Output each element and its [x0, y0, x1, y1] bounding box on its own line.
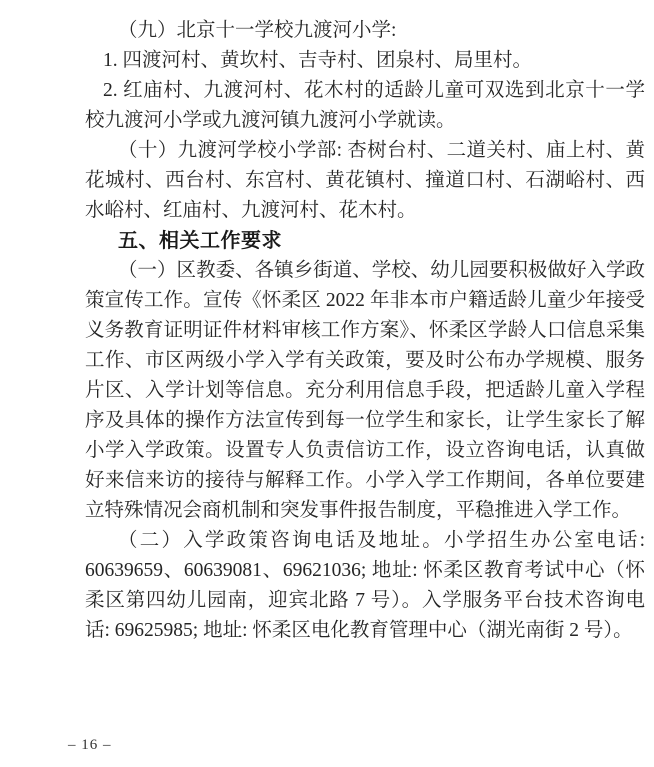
paragraph-village-list-2: 2. 红庙村、九渡河村、花木村的适龄儿童可双选到北京十一学校九渡河小学或九渡河镇… [85, 76, 645, 136]
page-number: – 16 – [68, 736, 112, 754]
paragraph-school-nine: （九）北京十一学校九渡河小学: [85, 16, 645, 46]
document-body: （九）北京十一学校九渡河小学: 1. 四渡河村、黄坎村、吉寺村、团泉村、局里村。… [85, 16, 645, 646]
paragraph-policy-promotion: （一）区教委、各镇乡街道、学校、幼儿园要积极做好入学政策宣传工作。宣传《怀柔区 … [85, 256, 645, 526]
paragraph-consultation-contacts: （二）入学政策咨询电话及地址。小学招生办公室电话: 60639659、60639… [85, 526, 645, 646]
section-heading-work-requirements: 五、相关工作要求 [85, 226, 645, 256]
paragraph-village-list-1: 1. 四渡河村、黄坎村、吉寺村、团泉村、局里村。 [85, 46, 645, 76]
paragraph-school-ten: （十）九渡河学校小学部: 杏树台村、二道关村、庙上村、黄花城村、西台村、东宫村、… [85, 136, 645, 226]
document-page: （九）北京十一学校九渡河小学: 1. 四渡河村、黄坎村、吉寺村、团泉村、局里村。… [0, 0, 654, 767]
